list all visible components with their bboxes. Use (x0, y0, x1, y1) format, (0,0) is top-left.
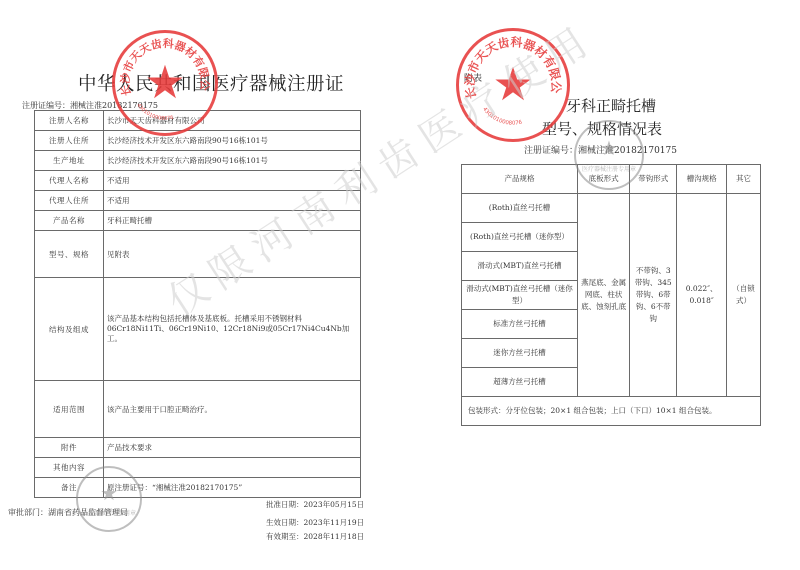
certificate-table: 注册人名称长沙市天天齿科器材有限公司 注册人住所长沙经济技术开发区东六路南段90… (34, 110, 361, 498)
row-value: 该产品基本结构包括托槽体及基底板。托槽采用不锈钢材料06Cr18Ni11Ti、0… (104, 278, 361, 381)
row-label: 注册人名称 (35, 111, 104, 131)
regulator-seal-stamp: ★ 医疗器械注册专用章 (574, 120, 644, 190)
regulator-seal-stamp: ★ 医疗器械注册专用章 (76, 466, 142, 532)
table-row: 结构及组成该产品基本结构包括托槽体及基底板。托槽采用不锈钢材料06Cr18Ni1… (35, 278, 361, 381)
effective-date: 生效日期：2023年11月19日 (266, 516, 364, 530)
slot-spec-cell: 0.022″、0.018″ (677, 194, 727, 397)
row-label: 生产地址 (35, 151, 104, 171)
star-icon: ★ (492, 61, 533, 107)
row-label: 附件 (35, 438, 104, 458)
product-spec-cell: (Roth)直丝弓托槽（迷你型） (462, 223, 578, 252)
table-row: 附件产品技术要求 (35, 438, 361, 458)
table-row: 其他内容 (35, 458, 361, 478)
row-value: 长沙经济技术开发区东六路南段90号16栋101号 (104, 131, 361, 151)
row-value: 不适用 (104, 191, 361, 211)
row-value: 该产品主要用于口腔正畸治疗。 (104, 381, 361, 438)
row-value: 产品技术要求 (104, 438, 361, 458)
table-row: 型号、规格见附表 (35, 231, 361, 278)
table-row: 生产地址长沙经济技术开发区东六路南段90号16栋101号 (35, 151, 361, 171)
row-label: 代理人住所 (35, 191, 104, 211)
annex-spec-page: 附表 牙科正畸托槽 型号、规格情况表 注册证编号：湘械注准20182170175… (400, 0, 800, 570)
approval-date: 批准日期：2023年05月15日 (266, 498, 364, 512)
row-value: 长沙经济技术开发区东六路南段90号16栋101号 (104, 151, 361, 171)
company-seal-stamp: 长沙市天天齿科器材有限公司 4301010008076 ★ (112, 30, 218, 136)
annex-title-product: 牙科正畸托槽 (566, 95, 656, 116)
star-icon: ★ (600, 136, 618, 160)
product-spec-cell: 迷你方丝弓托槽 (462, 339, 578, 368)
table-row: 注册人住所长沙经济技术开发区东六路南段90号16栋101号 (35, 131, 361, 151)
expiry-date: 有效期至：2028年11月18日 (266, 530, 364, 544)
regulator-seal-text: 医疗器械注册专用章 (78, 508, 140, 517)
row-label: 产品名称 (35, 211, 104, 231)
row-label: 注册人住所 (35, 131, 104, 151)
star-icon: ★ (144, 59, 185, 105)
reg-number-label: 注册证编号： (22, 101, 70, 110)
packaging-cell: 包装形式：分牙位包装；20×1 组合包装；上口（下口）10×1 组合包装。 (462, 397, 761, 426)
hook-form-cell: 不带钩、3带钩、345带钩、6带钩、6不带钩 (630, 194, 677, 397)
other-cell: （自锁式） (727, 194, 761, 397)
product-spec-cell: 滑动式(MBT)直丝弓托槽 (462, 252, 578, 281)
table-row: 适用范围该产品主要用于口腔正畸治疗。 (35, 381, 361, 438)
row-value: 原注册证号：“湘械注准20182170175” (104, 478, 361, 498)
spec-table: 产品规格 底板形式 带钩形式 槽沟规格 其它 (Roth)直丝弓托槽 燕尾底、金… (461, 164, 761, 426)
packaging-row: 包装形式：分牙位包装；20×1 组合包装；上口（下口）10×1 组合包装。 (462, 397, 761, 426)
star-icon: ★ (100, 481, 118, 505)
header-product-spec: 产品规格 (462, 165, 578, 194)
row-value: 牙科正畸托槽 (104, 211, 361, 231)
row-value: 见附表 (104, 231, 361, 278)
row-label: 适用范围 (35, 381, 104, 438)
header-other: 其它 (727, 165, 761, 194)
product-spec-cell: (Roth)直丝弓托槽 (462, 194, 578, 223)
certificate-dates: 批准日期：2023年05月15日 生效日期：2023年11月19日 有效期至：2… (266, 498, 364, 544)
product-spec-cell: 标准方丝弓托槽 (462, 310, 578, 339)
row-label: 代理人名称 (35, 171, 104, 191)
registration-certificate-page: 中华人民共和国医疗器械注册证 注册证编号：湘械注准20182170175 注册人… (0, 0, 400, 570)
row-value (104, 458, 361, 478)
table-row: 代理人住所不适用 (35, 191, 361, 211)
product-spec-cell: 超薄方丝弓托槽 (462, 368, 578, 397)
company-seal-stamp: 长沙市天天齿科器材有限公司 4301010008076 ★ (456, 28, 570, 142)
table-row: 产品名称牙科正畸托槽 (35, 211, 361, 231)
base-form-cell: 燕尾底、金属网底、柱状底、蚀刻孔底 (577, 194, 629, 397)
table-row: (Roth)直丝弓托槽 燕尾底、金属网底、柱状底、蚀刻孔底 不带钩、3带钩、34… (462, 194, 761, 223)
table-row: 代理人名称不适用 (35, 171, 361, 191)
row-label: 结构及组成 (35, 278, 104, 381)
row-value: 不适用 (104, 171, 361, 191)
regulator-seal-text: 医疗器械注册专用章 (576, 164, 642, 173)
row-label: 型号、规格 (35, 231, 104, 278)
product-spec-cell: 滑动式(MBT)直丝弓托槽（迷你型） (462, 281, 578, 310)
header-slot-spec: 槽沟规格 (677, 165, 727, 194)
